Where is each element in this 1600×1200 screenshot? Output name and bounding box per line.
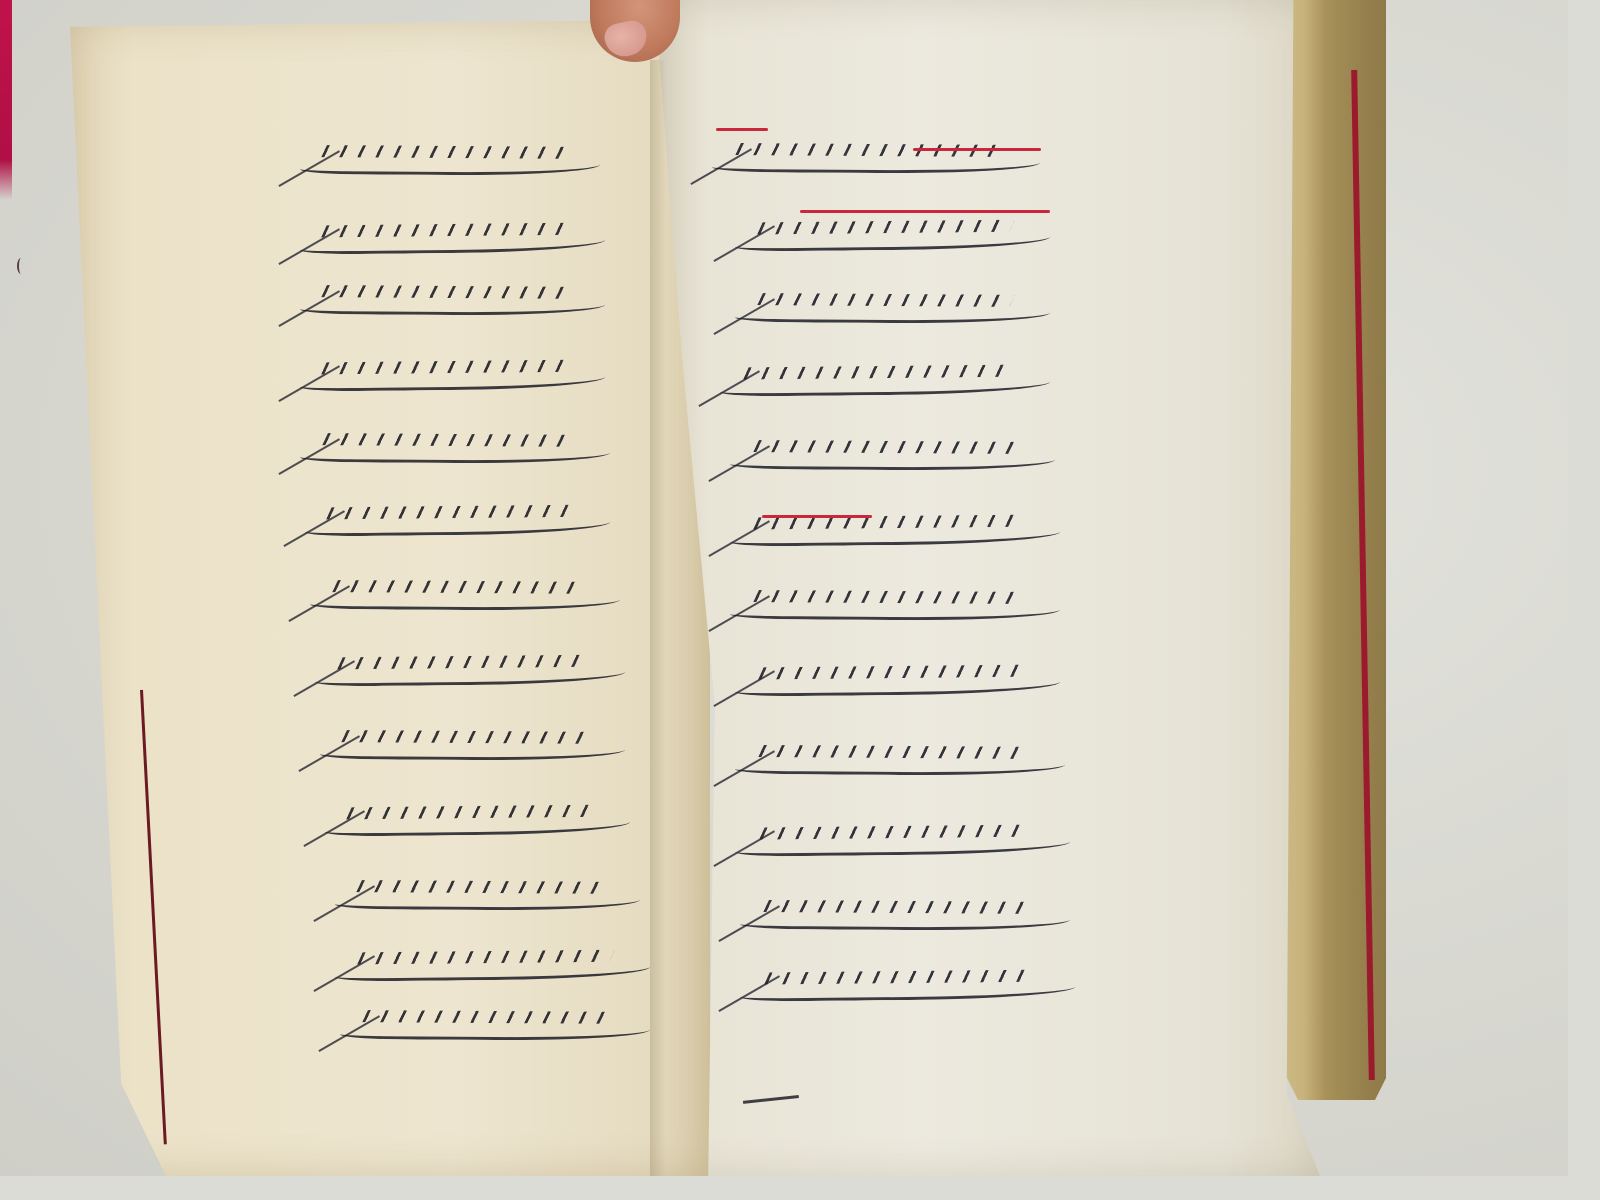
handwritten-line: [300, 151, 600, 176]
handwritten-line: [335, 886, 640, 911]
book-gutter: [650, 60, 666, 1176]
handwritten-line: [310, 586, 620, 611]
stray-mark: [17, 258, 25, 274]
handwritten-line: [735, 751, 1065, 776]
handwritten-line: [735, 299, 1050, 324]
handwritten-line: [340, 1016, 650, 1041]
handwritten-line: [730, 446, 1055, 471]
red-overline: [913, 148, 1041, 151]
handwritten-line: [300, 439, 610, 464]
red-overline: [800, 210, 1050, 213]
magenta-cover-strip: [0, 0, 12, 200]
red-overline: [716, 128, 768, 131]
handwritten-line: [740, 906, 1070, 931]
handwritten-line: [300, 291, 605, 316]
handwritten-line: [712, 149, 1040, 174]
handwritten-line: [320, 736, 625, 761]
red-overline: [762, 515, 872, 518]
handwritten-line: [730, 596, 1060, 621]
